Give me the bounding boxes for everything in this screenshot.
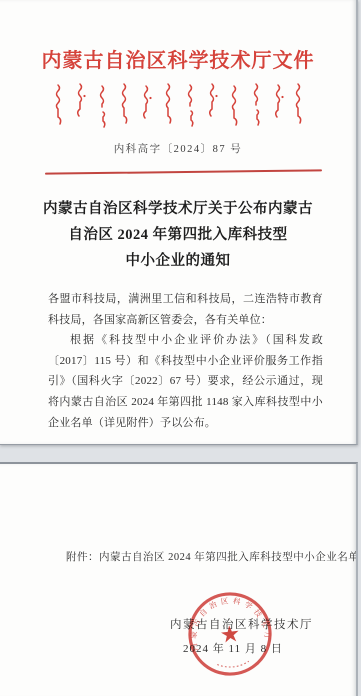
- document-body: 各盟市科技局，满洲里工信和科技局，二连浩特市教育科技局，各国家高新区管委会，各有…: [48, 289, 323, 433]
- red-divider-line: [45, 169, 322, 174]
- letterhead-title: 内蒙古自治区科学技术厅文件: [0, 44, 356, 73]
- seal-star-icon: ★: [219, 621, 242, 649]
- document-viewer: 内蒙古自治区科学技术厅文件: [0, 0, 361, 696]
- document-page-2: 附件：内蒙古自治区 2024 年第四批入库科技型中小企业名单 内蒙古自治区科学技…: [0, 462, 358, 696]
- document-title-line2: 自治区 2024 年第四批入库科技型: [0, 222, 356, 248]
- document-page-1: 内蒙古自治区科学技术厅文件: [0, 0, 358, 445]
- official-seal: 内蒙古自治区科学技术厅 ★: [182, 586, 279, 683]
- mongolian-script-row: [52, 82, 304, 128]
- document-title: 内蒙古自治区科学技术厅关于公布内蒙古 自治区 2024 年第四批入库科技型 中小…: [0, 196, 356, 274]
- recipients-paragraph: 各盟市科技局，满洲里工信和科技局，二连浩特市教育科技局，各国家高新区管委会，各有…: [48, 289, 323, 330]
- document-title-line1: 内蒙古自治区科学技术厅关于公布内蒙古: [0, 196, 356, 222]
- attachment-line: 附件：内蒙古自治区 2024 年第四批入库科技型中小企业名单: [66, 549, 358, 564]
- document-title-line3: 中小企业的通知: [0, 248, 356, 274]
- announcement-paragraph: 根据《科技型中小企业评价办法》（国科发政〔2017〕115 号）和《科技型中小企…: [48, 330, 323, 433]
- document-number: 内科高字〔2024〕87 号: [0, 141, 356, 156]
